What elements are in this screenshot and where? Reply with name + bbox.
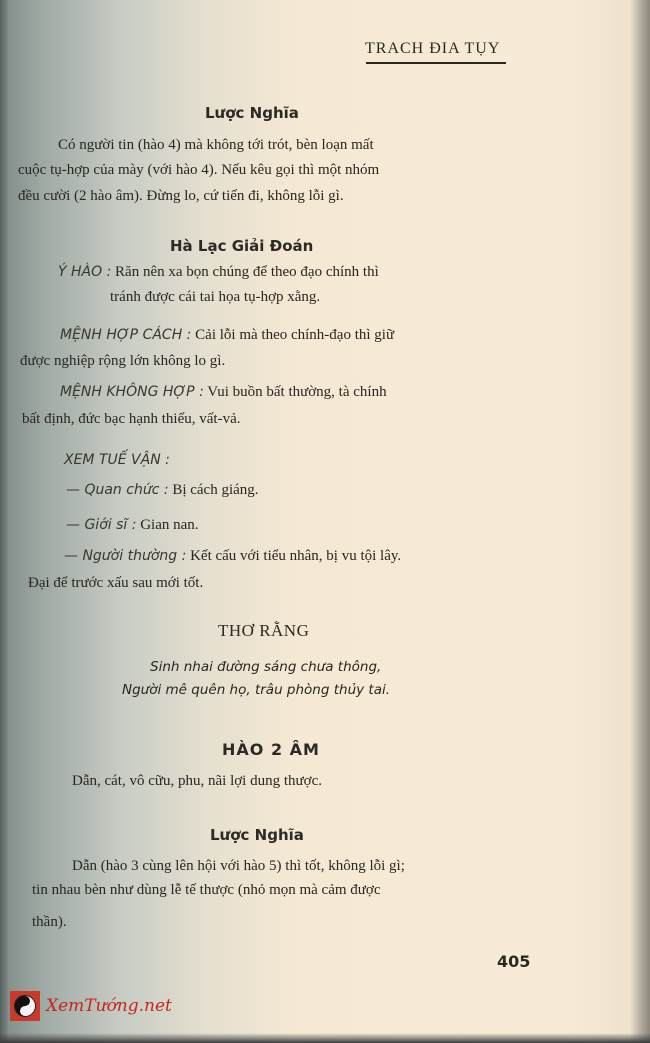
poem-line: Sinh nhai đường sáng chưa thông,	[150, 659, 381, 675]
paragraph-line: Có người tin (hào 4) mà không tới trót, …	[58, 137, 374, 154]
watermark-text: XemTướng.net	[46, 996, 172, 1016]
paragraph-line: thần).	[32, 914, 67, 931]
paragraph-line: cuộc tụ-hợp của mày (với hào 4). Nếu kêu…	[18, 162, 379, 179]
page-binding-edge	[0, 0, 8, 1043]
paragraph-line: đều cười (2 hào âm). Đừng lo, cứ tiến đi…	[18, 188, 344, 205]
paragraph-line: được nghiệp rộng lớn không lo gì.	[20, 353, 225, 370]
xem-tue-van-label: XEM TUẾ VẬN :	[64, 452, 170, 468]
yin-yang-icon	[14, 995, 36, 1017]
paragraph-line: bất định, đức bạc hạnh thiếu, vất-vả.	[22, 411, 240, 428]
poem-title: THƠ RẰNG	[218, 621, 309, 641]
menh-khong-line: MỆNH KHÔNG HỢP : Vui buồn bất thường, tà…	[60, 384, 387, 401]
section-title-hao-2-am: HÀO 2 ÂM	[222, 740, 320, 759]
paragraph-line: Dẫn (hào 3 cùng lên hội với hào 5) thì t…	[72, 858, 405, 875]
scanned-book-page: TRACH ĐIA TỤY Lược Nghĩa Có người tin (h…	[0, 0, 650, 1043]
paragraph-line: Đại để trước xấu sau mới tốt.	[28, 575, 203, 592]
paragraph-line: Dẫn, cát, vô cữu, phu, nãi lợi dung thượ…	[72, 773, 322, 790]
menh-hop-label: MỆNH HỢP CÁCH :	[60, 327, 191, 343]
section-title-luoc-nghia: Lược Nghĩa	[205, 104, 299, 122]
running-head-underline	[366, 62, 506, 64]
section-title-luoc-nghia-2: Lược Nghĩa	[210, 826, 304, 844]
logo-badge	[10, 991, 40, 1021]
menh-khong-label: MỆNH KHÔNG HỢP :	[60, 384, 204, 400]
running-head: TRACH ĐIA TỤY	[365, 40, 500, 58]
poem-line: Người mê quên họ, trâu phòng thủy tai.	[122, 682, 390, 698]
page-number: 405	[497, 952, 530, 971]
watermark-logo: XemTướng.net	[10, 991, 172, 1021]
menh-hop-line: MỆNH HỢP CÁCH : Cải lỗi mà theo chính-đạ…	[60, 327, 394, 344]
paragraph-line: tránh được cái tai họa tụ-hợp xằng.	[110, 289, 320, 306]
list-item: — Giới sĩ : Gian nan.	[66, 517, 199, 534]
list-item: — Quan chức : Bị cách giáng.	[66, 482, 259, 499]
y-hao-line: Ý HÀO : Răn nên xa bọn chúng để theo đạo…	[58, 264, 379, 281]
list-item: — Người thường : Kết cấu với tiểu nhân, …	[64, 548, 401, 565]
section-title-ha-lac: Hà Lạc Giải Đoán	[170, 237, 313, 255]
y-hao-label: Ý HÀO :	[58, 264, 111, 280]
paragraph-line: tin nhau bèn như dùng lễ tế thược (nhỏ m…	[32, 882, 381, 899]
